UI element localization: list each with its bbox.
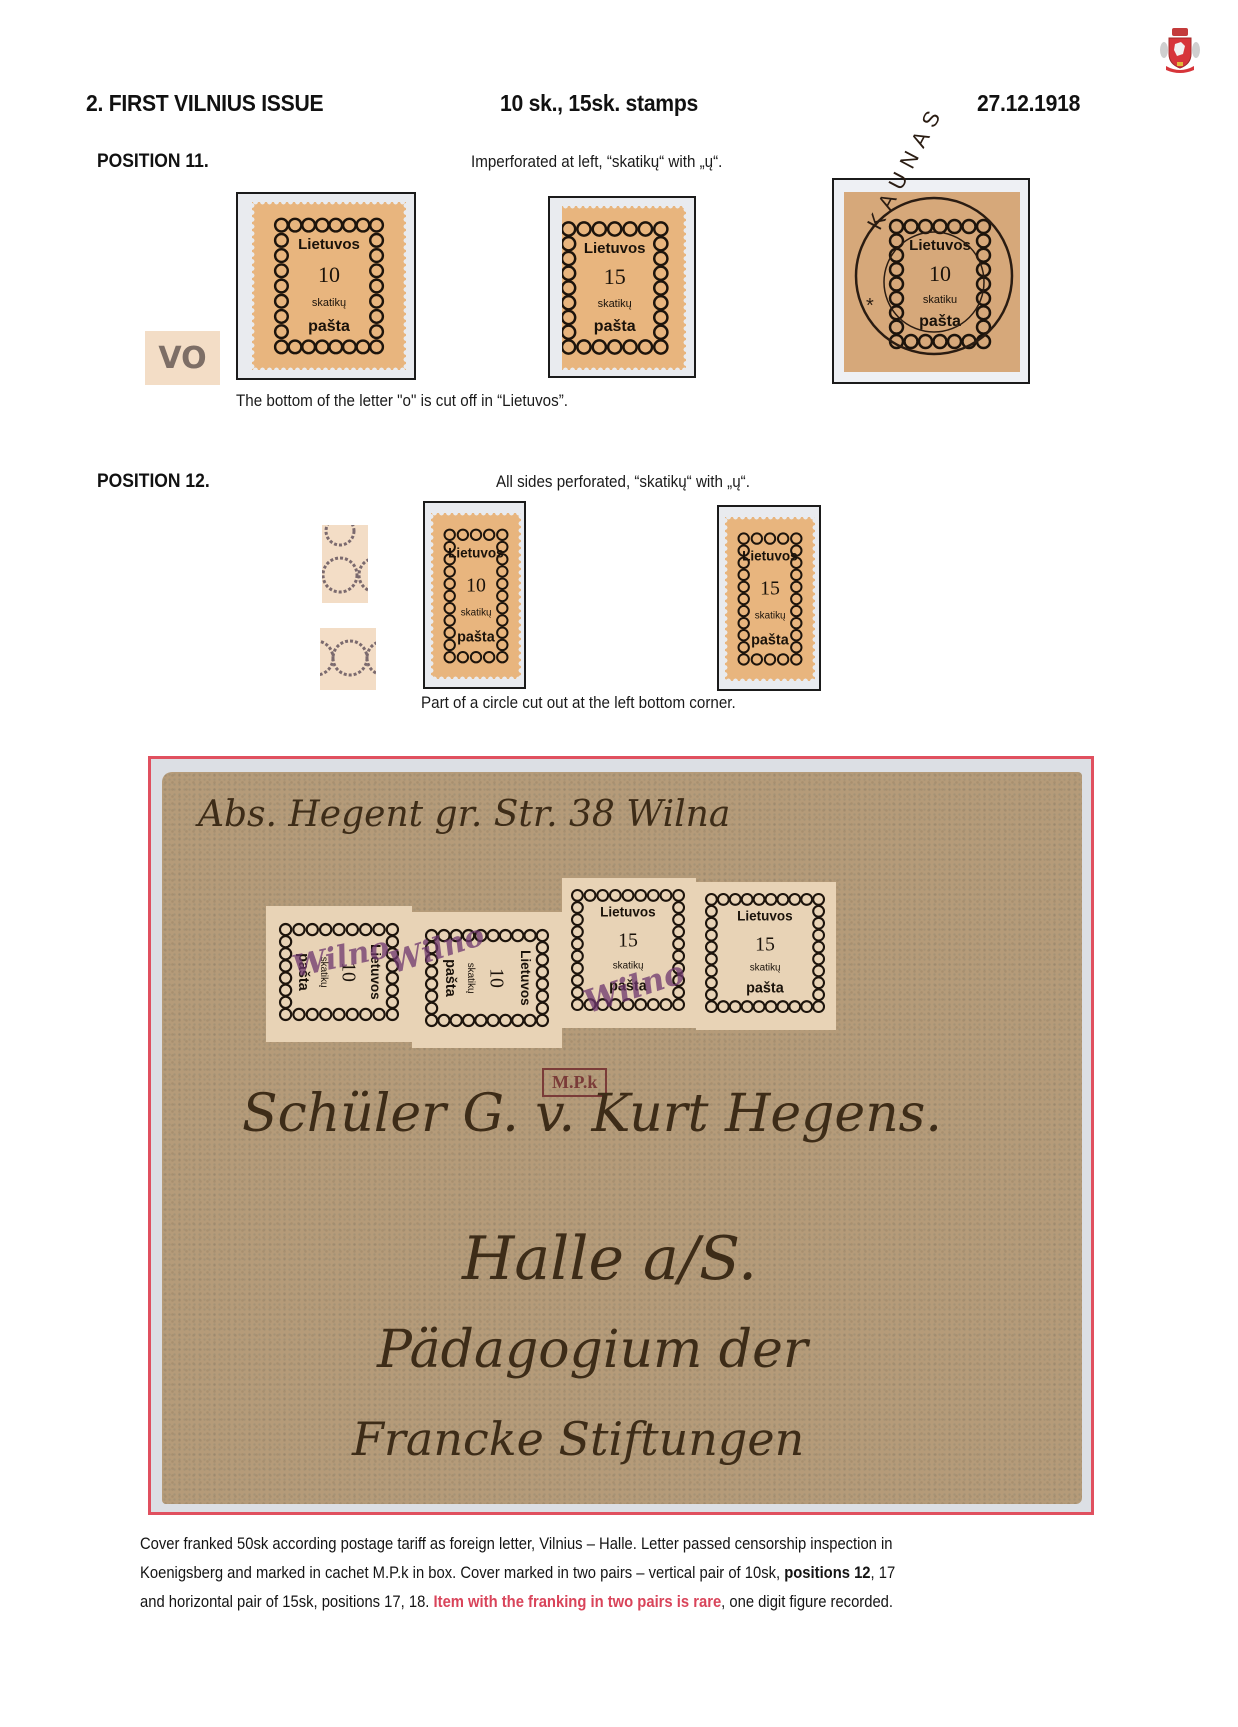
stamp-post: pašta <box>457 630 495 646</box>
stamp-country: Lietuvos <box>737 909 793 924</box>
stamp-mount-pos11-used: Lietuvos10skatikupašta * KAUNAS <box>832 178 1030 384</box>
stamp-text-block: Lietuvos15skatikųpašta <box>575 236 654 341</box>
detail-vo-crop: VO <box>145 331 220 385</box>
stamp-value: 10 <box>318 262 340 288</box>
caption-rarity-highlight: Item with the franking in two pairs is r… <box>434 1592 722 1611</box>
caption-line-1: Cover franked 50sk according postage tar… <box>140 1529 1010 1558</box>
stamp-post: pašta <box>751 632 789 648</box>
stamp-mount-pos12-15sk: Lietuvos15skatikųpašta <box>717 505 821 691</box>
position-11-label: POSITION 11. <box>97 151 209 173</box>
caption-line-2: Koenigsberg and marked in cachet M.P.k i… <box>140 1558 1010 1587</box>
cover-stamp-15sk-2: Lietuvos15skatikųpašta <box>696 882 836 1030</box>
perforation-edge <box>431 676 521 682</box>
caption-text: , one digit figure recorded. <box>721 1592 893 1611</box>
detail-vo-text: VO <box>158 341 206 376</box>
stamp-text-block: Lietuvos15skatikųpašta <box>717 905 813 1001</box>
city-line: Halle a/S. <box>462 1224 757 1294</box>
position-11-description: Imperforated at left, “skatikų“ with „ų“… <box>471 153 722 172</box>
institution-line-2: Francke Stiftungen <box>352 1412 804 1466</box>
circle-detail-icon <box>320 628 376 690</box>
detail-circle-crop-top <box>322 525 368 603</box>
stamp-unit: skatikų <box>755 611 786 622</box>
stamp-country: Lietuvos <box>742 549 798 564</box>
stamp-value: 15 <box>760 576 780 599</box>
svg-text:*: * <box>866 295 874 317</box>
stamp-unit: skatikų <box>461 608 492 619</box>
caption-bold-positions: positions 12 <box>784 1563 870 1582</box>
stamp-pos12-10sk: Lietuvos10skatikųpašta <box>431 513 521 679</box>
position-12-note: Part of a circle cut out at the left bot… <box>421 694 736 713</box>
stamp-pos12-15sk: Lietuvos15skatikųpašta <box>725 517 815 681</box>
position-12-label: POSITION 12. <box>97 471 210 493</box>
caption-text: and horizontal pair of 15sk, positions 1… <box>140 1592 434 1611</box>
section-title: 2. FIRST VILNIUS ISSUE <box>86 90 323 117</box>
cover-caption: Cover franked 50sk according postage tar… <box>140 1529 1010 1616</box>
stamp-text-block: Lietuvos15skatikųpašta <box>749 544 791 654</box>
position-11-note: The bottom of the letter "o" is cut off … <box>236 392 568 411</box>
perforation-edge <box>428 513 434 679</box>
stamp-unit: skatikų <box>598 298 632 310</box>
stamp-country: Lietuvos <box>517 950 532 1006</box>
stamp-country: Lietuvos <box>448 546 504 561</box>
stamp-value: 15 <box>755 932 775 955</box>
perforation-edge <box>725 514 815 520</box>
stamp-value: 15 <box>604 264 626 290</box>
coat-of-arms-icon <box>1160 26 1200 74</box>
perforation-edge <box>812 517 818 681</box>
stamp-mount-pos11-10sk: Lietuvos10skatikųpašta <box>236 192 416 380</box>
stamp-text-block: Lietuvos10skatikųpašta <box>455 540 497 652</box>
perforation-edge <box>431 510 521 516</box>
stamp-value: 15 <box>618 929 638 952</box>
stamp-pos11-15sk: Lietuvos15skatikųpašta <box>562 206 686 370</box>
stamp-country: Lietuvos <box>600 905 656 920</box>
perforation-edge <box>725 678 815 684</box>
sender-address: Abs. Hegent gr. Str. 38 Wilna <box>198 794 730 835</box>
caption-text: Koenigsberg and marked in cachet M.P.k i… <box>140 1563 784 1582</box>
caption-line-3: and horizontal pair of 15sk, positions 1… <box>140 1587 1010 1616</box>
stamp-value: 10 <box>485 968 508 988</box>
stamp-value: 10 <box>466 573 486 596</box>
stamp-unit: skatikų <box>750 963 781 974</box>
perforation-edge <box>722 517 728 681</box>
perforation-edge <box>518 513 524 679</box>
perforation-edge <box>562 367 686 373</box>
stamp-pos11-used: Lietuvos10skatikupašta * KAUNAS <box>844 192 1020 372</box>
perforation-edge <box>249 202 255 370</box>
perforation-edge <box>403 202 409 370</box>
stamp-mount-pos12-10sk: Lietuvos10skatikųpašta <box>423 501 526 689</box>
detail-circle-crop-bottom <box>320 628 376 690</box>
stamp-country: Lietuvos <box>584 240 646 257</box>
stamp-unit: skatikų <box>312 297 346 309</box>
stamp-pos11-10sk: Lietuvos10skatikųpašta <box>252 202 406 370</box>
perforation-edge <box>683 206 689 370</box>
stamp-country: Lietuvos <box>298 236 360 253</box>
stamp-post: pašta <box>308 318 350 336</box>
institution-line-1: Pädagogium der <box>377 1320 808 1380</box>
cover-envelope: Abs. Hegent gr. Str. 38 Wilna Lietuvos10… <box>162 772 1082 1504</box>
stamps-title: 10 sk., 15sk. stamps <box>500 90 698 117</box>
stamp-post: pašta <box>746 981 784 997</box>
stamp-unit: skatikų <box>466 963 477 994</box>
perforation-edge <box>252 367 406 373</box>
issue-date: 27.12.1918 <box>977 90 1080 117</box>
caption-text: , 17 <box>871 1563 896 1582</box>
stamp-post: pašta <box>594 318 636 336</box>
position-12-description: All sides perforated, “skatikų“ with „ų“… <box>496 473 750 492</box>
stamp-mount-pos11-15sk: Lietuvos15skatikųpašta <box>548 196 696 378</box>
stamp-text-block: Lietuvos10skatikųpašta <box>288 231 370 340</box>
perforation-edge <box>252 199 406 205</box>
circle-detail-icon <box>322 525 368 603</box>
perforation-edge <box>562 203 686 209</box>
addressee-line: Schüler G. v. Kurt Hegens. <box>242 1084 942 1144</box>
